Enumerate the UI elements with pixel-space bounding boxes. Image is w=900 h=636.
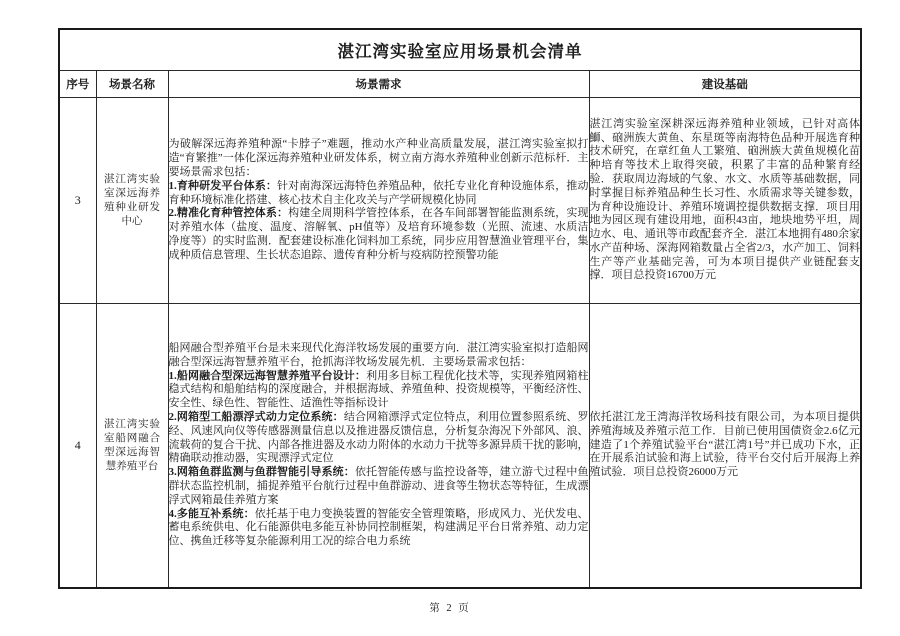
- row4-demand-intro: 船网融合型养殖平台是未来现代化海洋牧场发展的重要方向．湛江湾实验室拟打造船网融合…: [169, 342, 589, 370]
- row4-scenario-name: 湛江湾实验室船网融合型深远海智慧养殖平台: [96, 304, 168, 589]
- page-title: 湛江湾实验室应用场景机会清单: [59, 29, 861, 71]
- row3-demand-item-1-label: 1.育种研发平台体系：: [169, 180, 278, 192]
- row3-scenario-name-text: 湛江湾实验室深远海养殖种业研发中心: [104, 173, 160, 229]
- header-basis: 建设基础: [589, 71, 861, 98]
- row3-demand-item-2-label: 2.精准化育种管控体系：: [169, 207, 289, 219]
- row4-basis: 依托湛江龙王湾海洋牧场科技有限公司，为本项目提供养殖海域及养殖示范工作．目前已使…: [589, 304, 861, 589]
- row4-demand-item-3: 3.网箱鱼群监测与鱼群智能引导系统：依托智能传感与监控设备等，建立游弋过程中鱼群…: [169, 466, 589, 507]
- row3-basis: 湛江湾实验室深耕深远海养殖种业领域，已针对高体鰤、硇洲族大黄鱼、东星斑等南海特色…: [589, 98, 861, 304]
- table-row: 3 湛江湾实验室深远海养殖种业研发中心 为破解深远海养殖种源“卡脖子”难题，推动…: [59, 98, 861, 304]
- table-header-row: 序号 场景名称 场景需求 建设基础: [59, 71, 861, 98]
- header-name: 场景名称: [96, 71, 168, 98]
- row3-demand-item-1: 1.育种研发平台体系：针对南海深远海特色养殖品种，依托专业化育种设施体系，推动育…: [169, 180, 589, 208]
- row3-demand-intro: 为破解深远海养殖种源“卡脖子”难题，推动水产种业高质量发展，湛江湾实验室拟打造“…: [169, 138, 589, 179]
- row4-scenario-name-text: 湛江湾实验室船网融合型深远海智慧养殖平台: [104, 418, 160, 474]
- header-demand: 场景需求: [168, 71, 589, 98]
- row4-demand-item-1-label: 1.船网融合型深远海智慧养殖平台设计：: [169, 370, 367, 382]
- header-no: 序号: [59, 71, 96, 98]
- row4-demand-item-4: 4.多能互补系统：依托基于电力变换装置的智能安全管理策略，形成风力、光伏发电、蓄…: [169, 508, 589, 549]
- row4-demand-item-2-label: 2.网箱型工船漂浮式动力定位系统：: [169, 411, 344, 423]
- row4-number: 4: [59, 304, 96, 589]
- table-row: 4 湛江湾实验室船网融合型深远海智慧养殖平台 船网融合型养殖平台是未来现代化海洋…: [59, 304, 861, 589]
- row3-scenario-name: 湛江湾实验室深远海养殖种业研发中心: [96, 98, 168, 304]
- row4-basis-text: 依托湛江龙王湾海洋牧场科技有限公司，为本项目提供养殖海域及养殖示范工作．目前已使…: [590, 411, 861, 480]
- row4-demand: 船网融合型养殖平台是未来现代化海洋牧场发展的重要方向．湛江湾实验室拟打造船网融合…: [168, 304, 589, 589]
- row4-demand-item-1: 1.船网融合型深远海智慧养殖平台设计：利用多目标工程优化技术等，实现养殖网箱柱稳…: [169, 370, 589, 411]
- document-page: 湛江湾实验室应用场景机会清单 序号 场景名称 场景需求 建设基础 3 湛江湾实验…: [0, 0, 900, 636]
- row4-demand-item-4-label: 4.多能互补系统：: [169, 508, 255, 520]
- row3-demand: 为破解深远海养殖种源“卡脖子”难题，推动水产种业高质量发展，湛江湾实验室拟打造“…: [168, 98, 589, 304]
- row3-demand-item-2: 2.精准化育种管控体系：构建全周期科学管控体系，在各车间部署智能监测系统，实现对…: [169, 207, 589, 262]
- scenario-table: 湛江湾实验室应用场景机会清单 序号 场景名称 场景需求 建设基础 3 湛江湾实验…: [58, 28, 862, 589]
- page-number: 第 2 页: [0, 600, 900, 615]
- row4-demand-item-2: 2.网箱型工船漂浮式动力定位系统：结合网箱漂浮式定位特点，利用位置参照系统、罗经…: [169, 411, 589, 466]
- row3-number: 3: [59, 98, 96, 304]
- row3-basis-text: 湛江湾实验室深耕深远海养殖种业领域，已针对高体鰤、硇洲族大黄鱼、东星斑等南海特色…: [590, 118, 861, 284]
- table-title-row: 湛江湾实验室应用场景机会清单: [59, 29, 861, 71]
- row4-demand-item-3-label: 3.网箱鱼群监测与鱼群智能引导系统：: [169, 466, 355, 478]
